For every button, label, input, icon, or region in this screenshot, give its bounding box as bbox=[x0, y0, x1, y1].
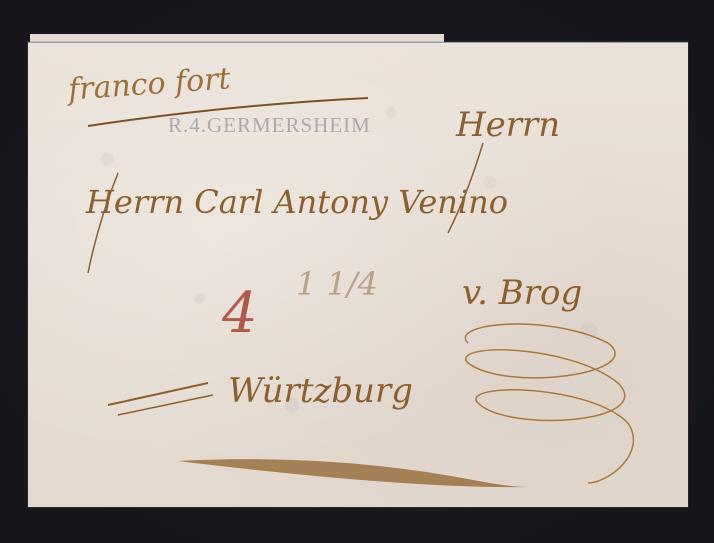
salutation: Herrn bbox=[456, 105, 560, 145]
rate-marking: 4 bbox=[222, 281, 258, 346]
rate-marking-secondary: 1 1/4 bbox=[296, 265, 378, 303]
destination-city: Würtzburg bbox=[228, 371, 413, 411]
address-detail: v. Brog bbox=[462, 273, 582, 313]
letter-cover: R.4.GERMERSHEIM franco fort Herrn Herrn … bbox=[28, 42, 688, 507]
addressee-name: Herrn Carl Antony Venino bbox=[86, 183, 508, 221]
